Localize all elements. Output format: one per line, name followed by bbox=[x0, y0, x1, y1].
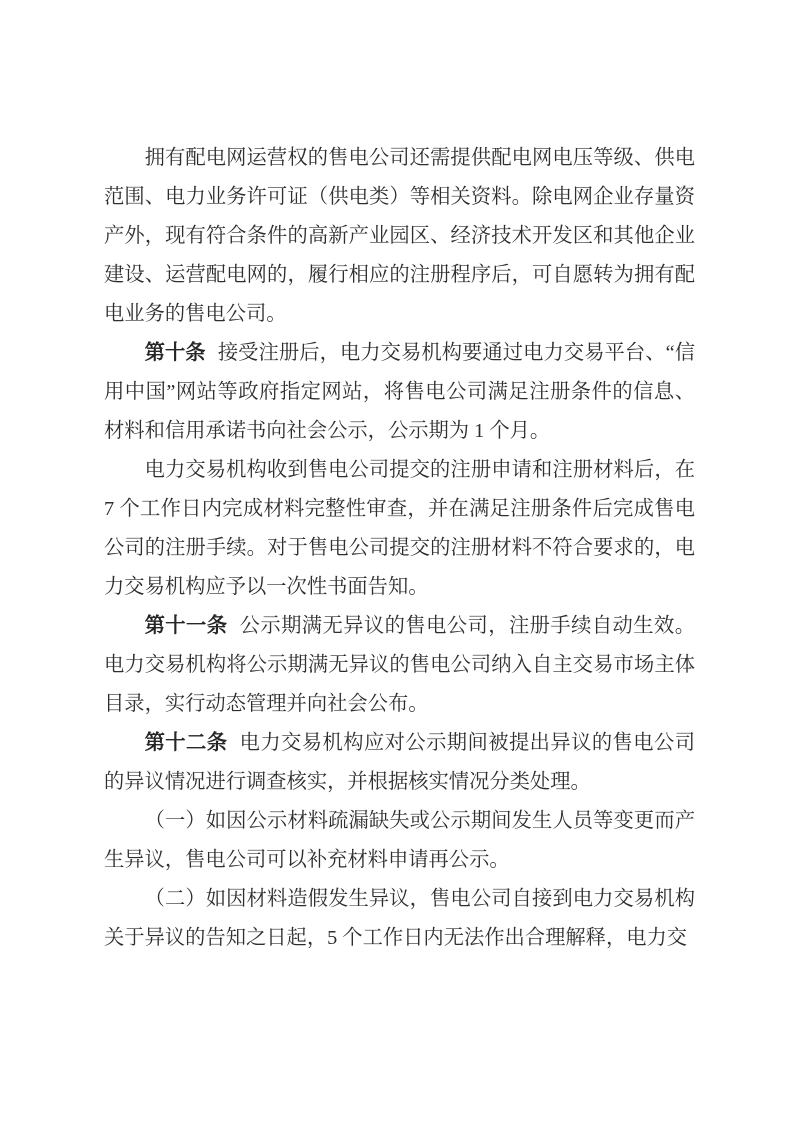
article-number: 第十条 bbox=[145, 342, 206, 364]
paragraph-text: （一）如因公示材料疏漏缺失或公示期间发生人员等变更而产生异议，售电公司可以补充材… bbox=[104, 810, 695, 871]
paragraph: 第十条接受注册后，电力交易机构要通过电力交易平台、“信用中国”网站等政府指定网站… bbox=[104, 334, 695, 451]
paragraph: （一）如因公示材料疏漏缺失或公示期间发生人员等变更而产生异议，售电公司可以补充材… bbox=[104, 802, 695, 880]
paragraph-text: 电力交易机构收到售电公司提交的注册申请和注册材料后，在 7 个工作日内完成材料完… bbox=[104, 459, 695, 598]
paragraph-text: （二）如因材料造假发生异议，售电公司自接到电力交易机构关于异议的告知之日起，5 … bbox=[104, 888, 695, 949]
paragraph-text: 拥有配电网运营权的售电公司还需提供配电网电压等级、供电范围、电力业务许可证（供电… bbox=[104, 147, 695, 325]
paragraph: 电力交易机构收到售电公司提交的注册申请和注册材料后，在 7 个工作日内完成材料完… bbox=[104, 451, 695, 607]
paragraph: （二）如因材料造假发生异议，售电公司自接到电力交易机构关于异议的告知之日起，5 … bbox=[104, 880, 695, 958]
paragraph: 拥有配电网运营权的售电公司还需提供配电网电压等级、供电范围、电力业务许可证（供电… bbox=[104, 139, 695, 334]
document-page: 拥有配电网运营权的售电公司还需提供配电网电压等级、供电范围、电力业务许可证（供电… bbox=[0, 0, 794, 1123]
paragraph: 第十一条公示期满无异议的售电公司，注册手续自动生效。电力交易机构将公示期满无异议… bbox=[104, 607, 695, 724]
article-number: 第十二条 bbox=[145, 732, 228, 754]
paragraph: 第十二条电力交易机构应对公示期间被提出异议的售电公司的异议情况进行调查核实，并根… bbox=[104, 724, 695, 802]
document-body: 拥有配电网运营权的售电公司还需提供配电网电压等级、供电范围、电力业务许可证（供电… bbox=[104, 139, 695, 958]
article-number: 第十一条 bbox=[145, 615, 228, 637]
